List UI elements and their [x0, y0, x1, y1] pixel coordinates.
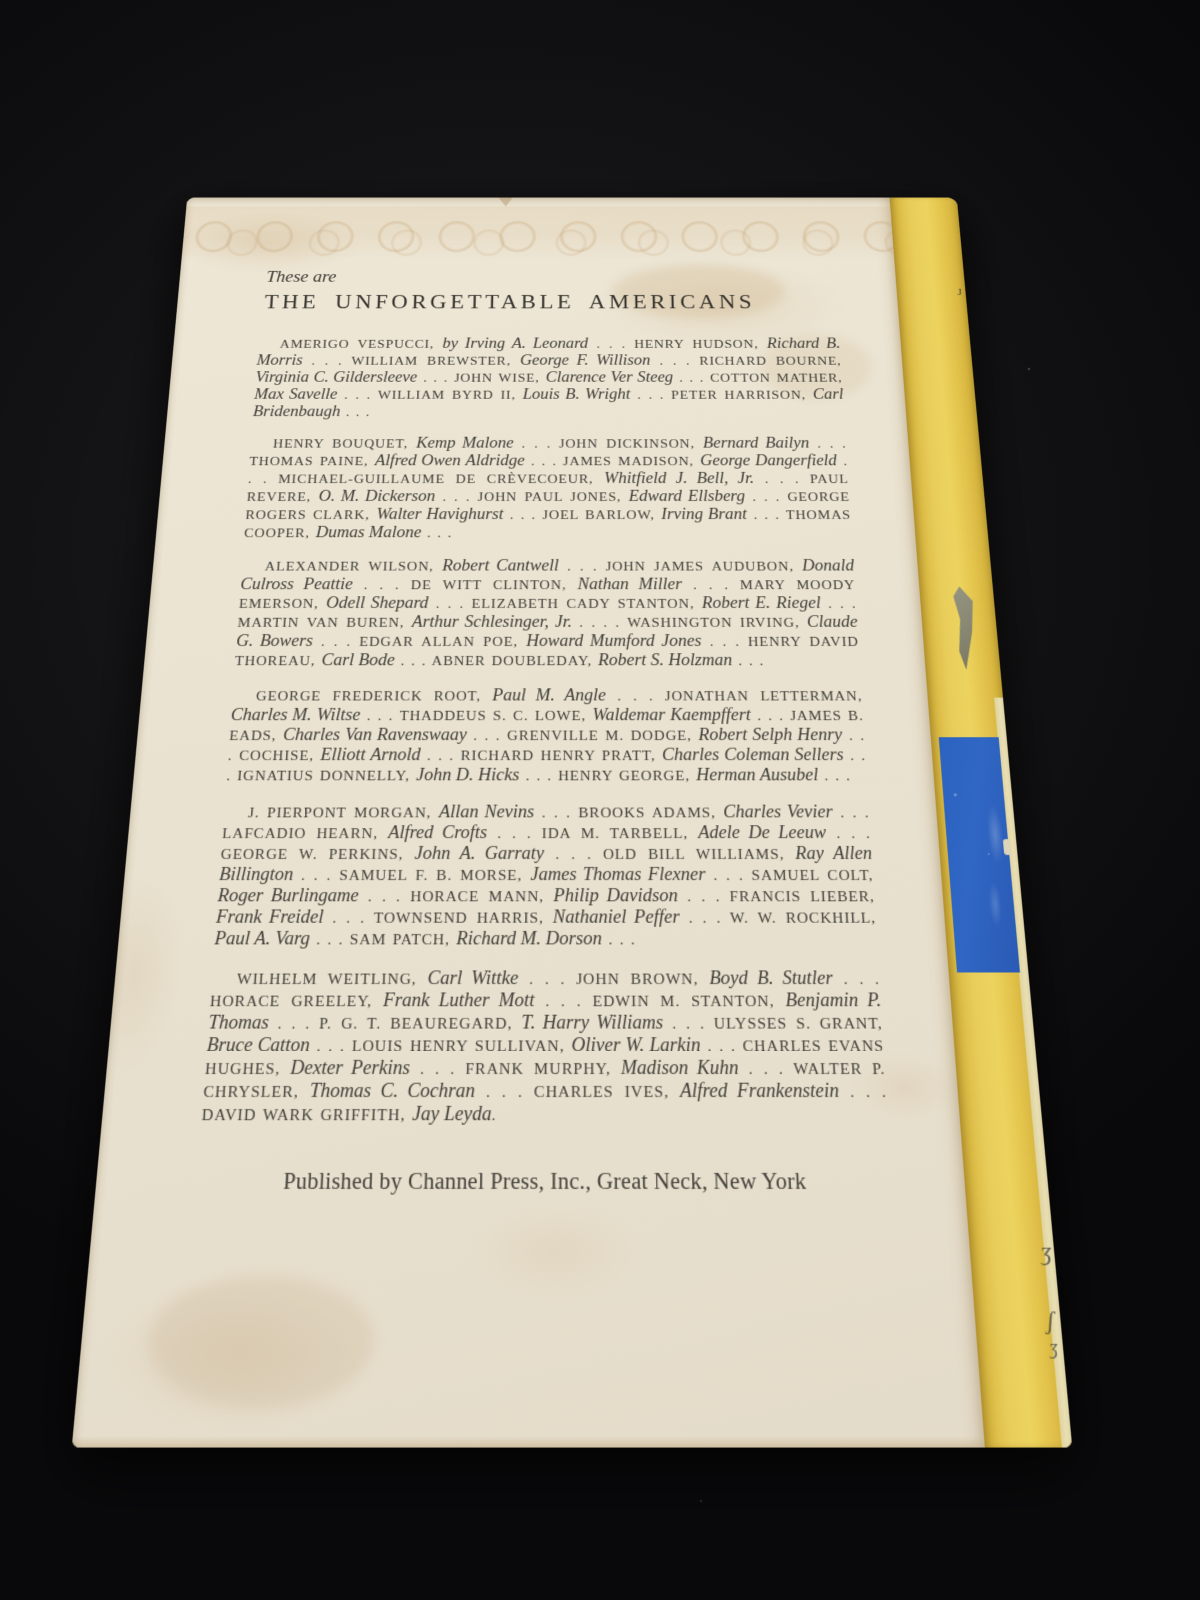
author-name: Thomas C. Cochran	[309, 1079, 475, 1101]
author-name: James Thomas Flexner	[530, 864, 705, 884]
author-name: Alfred Crofts	[388, 822, 487, 842]
subject-name: . . . DE WITT CLINTON,	[352, 578, 577, 592]
subject-name: . . .	[818, 769, 851, 784]
credits-list: AMERIGO VESPUCCI, by Irving A. Leonard .…	[201, 336, 889, 1127]
subject-name: . . . JOEL BARLOW,	[503, 509, 661, 523]
author-name: Odell Shepard	[326, 594, 429, 612]
water-stain-tide-line	[180, 206, 896, 276]
author-name: Waldemar Kaempffert	[592, 705, 751, 724]
spine-smudge	[944, 586, 978, 669]
subject-name: . . . FRANK MURPHY,	[410, 1061, 621, 1078]
subject-name: . . . ULYSSES S. GRANT,	[663, 1016, 883, 1033]
subject-name: .	[491, 1107, 496, 1125]
author-name: Arthur Schlesinger, Jr.	[412, 612, 572, 630]
author-name: Charles Coleman Sellers	[662, 745, 844, 764]
subject-name: . . . BROOKS ADAMS,	[534, 806, 724, 822]
subject-name: . . . P. G. T. BEAUREGARD,	[268, 1016, 521, 1033]
subject-name: . . . GRENVILLE M. DODGE,	[467, 729, 699, 744]
stain	[144, 1275, 377, 1408]
subject-name: . . . W. W. ROCKHILL,	[679, 910, 876, 926]
author-name: Richard M. Dorson	[456, 928, 602, 949]
author-name: Alfred Frankenstein	[680, 1079, 840, 1101]
author-name: Elliott Arnold	[320, 745, 421, 764]
spine-mark-text: J	[957, 286, 963, 298]
author-name: Madison Kuhn	[621, 1057, 739, 1079]
subject-name: . . . JOHN PAUL JONES,	[435, 491, 629, 505]
subject-name: . . .	[732, 654, 764, 669]
author-name: Edward Ellsberg	[628, 487, 745, 504]
author-name: George Dangerfield	[700, 452, 838, 469]
author-name: Dexter Perkins	[290, 1057, 410, 1079]
author-name: Paul M. Angle	[492, 686, 606, 705]
author-name: Max Savelle	[254, 386, 338, 402]
author-name: Roger Burlingame	[217, 885, 359, 905]
credit-paragraph: HENRY BOUQUET, Kemp Malone . . . JOHN DI…	[243, 435, 852, 542]
author-name: Clarence Ver Steeg	[546, 369, 674, 385]
subject-name: . . . ELIZABETH CADY STANTON,	[428, 597, 702, 611]
author-name: Charles Van Ravenswaay	[283, 725, 468, 744]
edge-scuff-mark: ʒ	[1040, 1237, 1056, 1267]
subject-name: . . .	[340, 406, 371, 419]
author-name: Whitfield J. Bell, Jr.	[604, 469, 754, 486]
subject-name: WILHELM WEITLING,	[236, 971, 427, 988]
subject-name: . . . LOUIS HENRY SULLIVAN,	[309, 1038, 571, 1055]
author-name: Adele De Leeuw	[698, 822, 827, 842]
author-name: Herman Ausubel	[696, 765, 819, 784]
subject-name: . . . SAM PATCH,	[309, 932, 456, 949]
author-name: Philip Davidson	[553, 885, 678, 905]
subject-name: . . . HENRY HUDSON,	[588, 338, 767, 351]
subject-name: . . . JOHN WISE,	[417, 372, 546, 385]
subject-name: J. PIERPONT MORGAN,	[248, 806, 440, 822]
subject-name: . . . EDWIN M. STANTON,	[534, 994, 785, 1011]
subject-name: . . . JOHN JAMES AUDUBON,	[559, 560, 803, 574]
author-name: John D. Hicks	[416, 765, 520, 784]
subject-name: . . . PETER HARRISON,	[630, 389, 813, 402]
author-name: Allan Nevins	[439, 802, 535, 822]
dust-specks	[0, 0, 2, 2]
credit-paragraph: GEORGE FREDERICK ROOT, Paul M. Angle . .…	[226, 686, 868, 786]
subject-name: . . .	[602, 932, 636, 949]
subject-name: . . . ABNER DOUBLEDAY,	[394, 654, 598, 669]
author-name: Charles Vevier	[723, 802, 833, 822]
subject-name: . . . JONATHAN LETTERMAN,	[606, 689, 863, 704]
subject-name: . . . OLD BILL WILLIAMS,	[544, 847, 796, 863]
subject-name: . . . JOHN DICKINSON,	[514, 438, 704, 451]
photo-stage: These are THE UNFORGETTABLE AMERICANS AM…	[0, 0, 1200, 1600]
subject-name: . . . . WASHINGTON IRVING,	[572, 616, 807, 630]
author-name: Robert E. Riegel	[701, 594, 821, 612]
subject-name: . . . RICHARD HENRY PRATT,	[420, 749, 662, 764]
author-name: Robert Selph Henry	[698, 725, 843, 744]
back-cover-text: These are THE UNFORGETTABLE AMERICANS AM…	[196, 269, 893, 1196]
author-name: Jay Leyda	[412, 1102, 492, 1124]
author-name: Boyd B. Stutler	[709, 967, 833, 988]
author-name: Charles M. Wiltse	[230, 705, 361, 724]
subject-name: . . . SAMUEL COLT,	[705, 868, 874, 884]
subject-name: . . . IDA M. TARBELL,	[487, 826, 698, 842]
subject-name: . . . EDGAR ALLAN POE,	[312, 635, 526, 650]
author-name: Robert S. Holzman	[598, 651, 733, 669]
subject-name: . . .	[421, 527, 452, 541]
credit-paragraph: WILHELM WEITLING, Carl Wittke . . . JOHN…	[201, 968, 889, 1127]
edge-scuff-mark: ʒ	[1048, 1334, 1064, 1366]
subject-name: AMERIGO VESPUCCI,	[279, 338, 442, 351]
jacket-back-panel: These are THE UNFORGETTABLE AMERICANS AM…	[72, 198, 985, 1448]
author-name: Robert Cantwell	[442, 556, 559, 574]
author-name: Louis B. Wright	[523, 386, 631, 402]
author-name: Carl Wittke	[427, 967, 518, 988]
subject-name: . . . THADDEUS S. C. LOWE,	[360, 709, 592, 724]
author-name: John A. Garraty	[414, 843, 544, 863]
author-name: Frank Luther Mott	[383, 989, 535, 1010]
book: These are THE UNFORGETTABLE AMERICANS AM…	[72, 198, 1073, 1448]
edge-scuff-mark: ʃ	[1046, 1305, 1062, 1336]
author-name: by Irving A. Leonard	[442, 335, 588, 351]
subject-name: GEORGE FREDERICK ROOT,	[255, 689, 492, 704]
author-name: Oliver W. Larkin	[571, 1034, 700, 1056]
subject-name: . . . CHARLES IVES,	[475, 1084, 680, 1102]
subject-name: . . . TOWNSEND HARRIS,	[323, 910, 553, 926]
author-name: George F. Willison	[520, 352, 651, 368]
subject-name: HENRY BOUQUET,	[273, 438, 417, 451]
author-name: Frank Freidel	[215, 906, 324, 926]
top-edge-nick	[498, 198, 512, 207]
author-name: Kemp Malone	[416, 434, 514, 451]
credit-paragraph: ALEXANDER WILSON, Robert Cantwell . . . …	[234, 557, 861, 670]
subject-name: . . . HENRY GEORGE,	[519, 769, 696, 784]
author-name: Irving Brant	[661, 505, 747, 522]
author-name: Nathan Miller	[578, 575, 683, 593]
credit-paragraph: J. PIERPONT MORGAN, Allan Nevins . . . B…	[214, 803, 878, 951]
author-name: Virginia C. Gildersleeve	[255, 369, 418, 385]
author-name: Nathaniel Peffer	[553, 906, 680, 926]
author-name: Dumas Malone	[315, 523, 421, 540]
subject-name: . . . WILLIAM BREWSTER,	[302, 355, 520, 368]
subject-name: . . . HORACE MANN,	[358, 889, 553, 905]
subject-name: . . . SAMUEL F. B. MORSE,	[293, 868, 531, 884]
subject-name: ALEXANDER WILSON,	[264, 560, 442, 574]
author-name: Alfred Owen Aldridge	[375, 452, 525, 469]
author-name: Paul A. Varg	[214, 928, 311, 949]
author-name: T. Harry Williams	[521, 1012, 663, 1033]
subject-name: . . . FRANCIS LIEBER,	[678, 889, 876, 905]
author-name: Walter Havighurst	[376, 505, 504, 522]
title-block: These are THE UNFORGETTABLE AMERICANS	[264, 269, 839, 314]
credit-paragraph: AMERIGO VESPUCCI, by Irving A. Leonard .…	[252, 336, 845, 421]
author-name: Carl Bode	[321, 651, 395, 669]
subject-name: . . . WILLIAM BYRD II,	[337, 389, 523, 402]
subject-name: . . . RICHARD BOURNE,	[650, 355, 841, 368]
subject-name: . . . JOHN BROWN,	[518, 971, 709, 988]
bottom-edge-wear	[72, 1436, 985, 1447]
subject-name: . . . JAMES MADISON,	[525, 455, 701, 468]
author-name: O. M. Dickerson	[318, 487, 435, 504]
book-title: THE UNFORGETTABLE AMERICANS	[264, 292, 839, 314]
author-name: Bruce Catton	[206, 1034, 310, 1056]
subject-name: . . . COTTON MATHER,	[673, 372, 843, 385]
publisher-line: Published by Channel Press, Inc., Great …	[196, 1170, 893, 1196]
author-name: Howard Mumford Jones	[526, 631, 702, 649]
tagline: These are	[266, 269, 837, 287]
author-name: Bernard Bailyn	[703, 434, 810, 451]
